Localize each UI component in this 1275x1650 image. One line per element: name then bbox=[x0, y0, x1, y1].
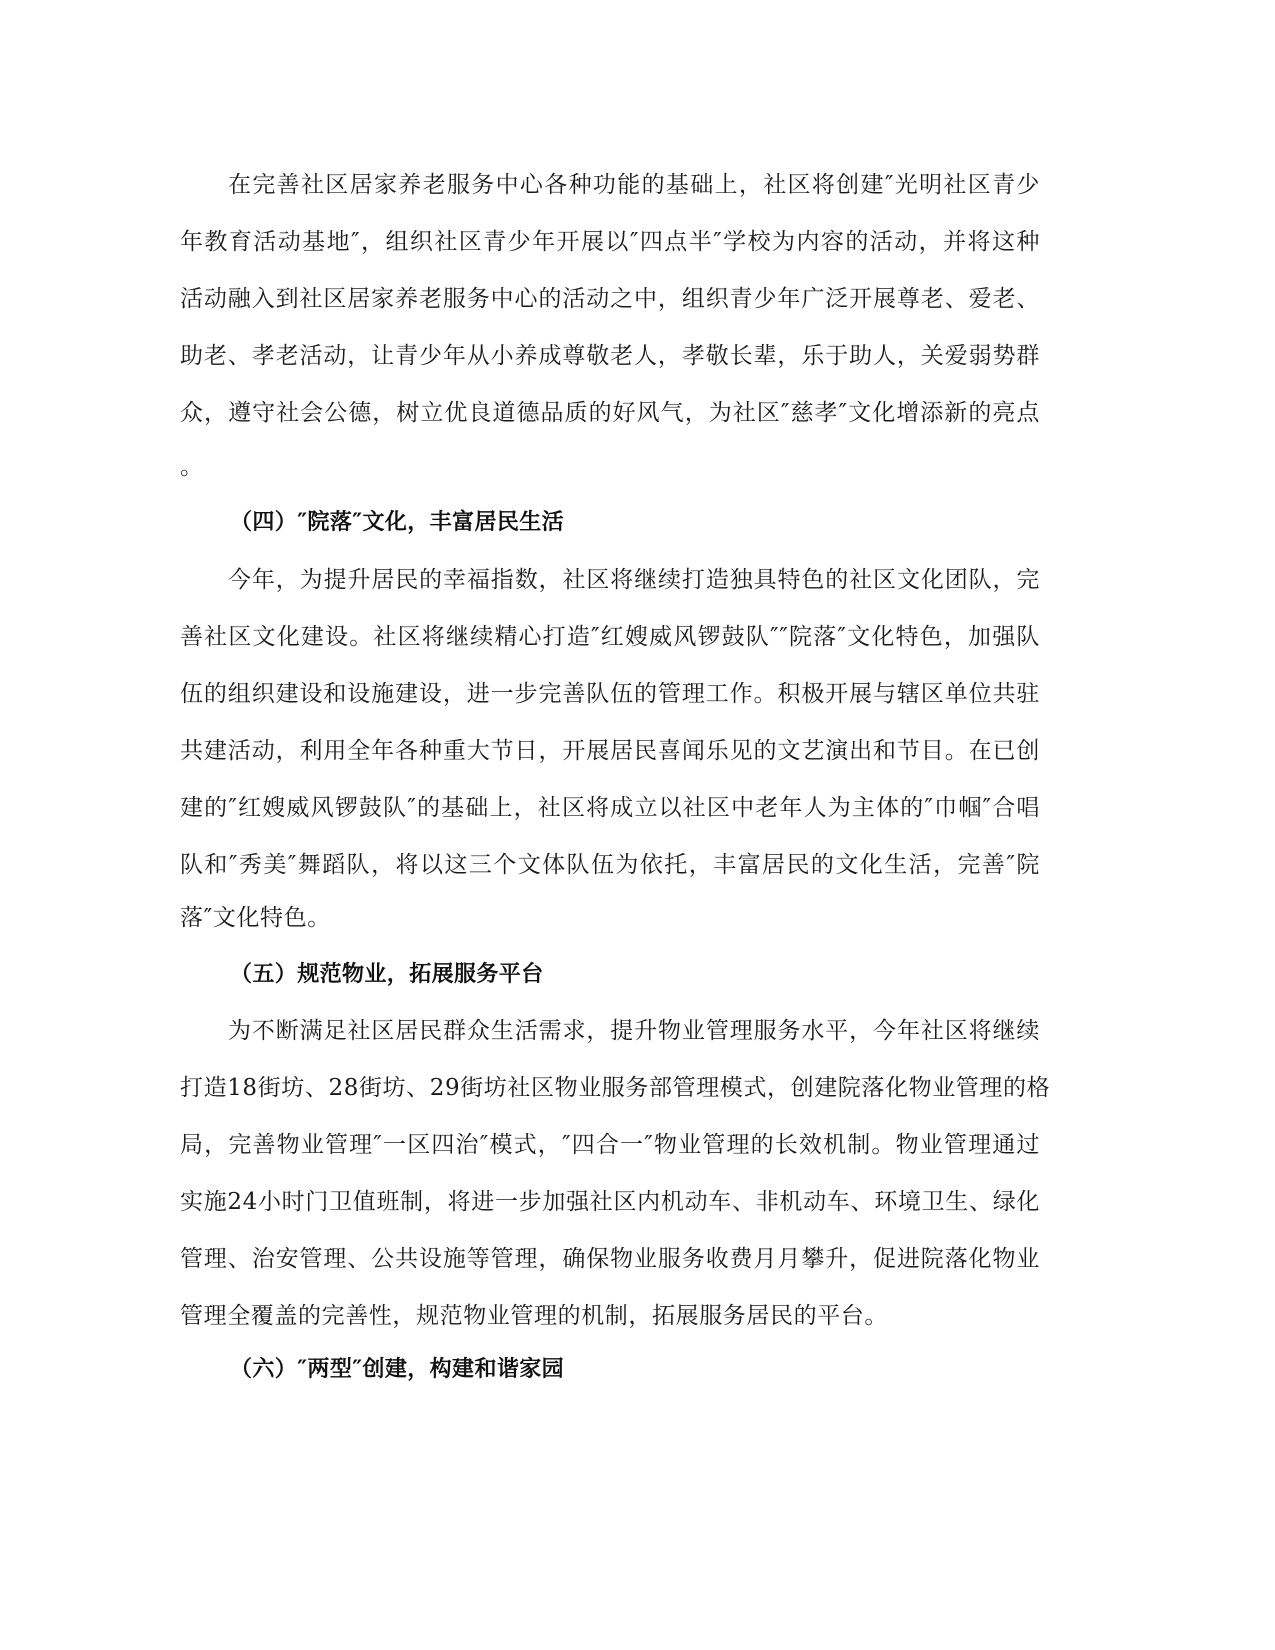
text-line: 共建活动，利用全年各种重大节日，开展居民喜闻乐见的文艺演出和节目。在已创 bbox=[180, 736, 1040, 766]
text-line: 活动融入到社区居家养老服务中心的活动之中，组织青少年广泛开展尊老、爱老、 bbox=[180, 284, 1040, 314]
text-line: 善社区文化建设。社区将继续精心打造″红嫂威风锣鼓队″″院落″文化特色，加强队 bbox=[180, 622, 1040, 652]
text-line: 伍的组织建设和设施建设，进一步完善队伍的管理工作。积极开展与辖区单位共驻 bbox=[180, 679, 1040, 709]
section-heading-courtyard-culture: （四）″院落″文化，丰富居民生活 bbox=[230, 508, 564, 538]
text-line: 局，完善物业管理″一区四治″模式，″四合一″物业管理的长效机制。物业管理通过 bbox=[180, 1130, 1040, 1160]
section-heading-two-type-creation: （六）″两型″创建，构建和谐家园 bbox=[230, 1355, 564, 1385]
text-line: 年教育活动基地″，组织社区青少年开展以″四点半″学校为内容的活动，并将这种 bbox=[180, 227, 1040, 257]
text-line: 建的″红嫂威风锣鼓队″的基础上，社区将成立以社区中老年人为主体的″巾帼″合唱 bbox=[180, 793, 1040, 823]
text-line: 打造18街坊、28街坊、29街坊社区物业服务部管理模式，创建院落化物业管理的格 bbox=[180, 1073, 1040, 1103]
text-line: 众，遵守社会公德，树立优良道德品质的好风气，为社区″慈孝″文化增添新的亮点 bbox=[180, 398, 1040, 428]
text-line: 管理全覆盖的完善性，规范物业管理的机制，拓展服务居民的平台。 bbox=[180, 1301, 1040, 1331]
text-line: 助老、孝老活动，让青少年从小养成尊敬老人，孝敬长辈，乐于助人，关爱弱势群 bbox=[180, 341, 1040, 371]
text-line: 实施24小时门卫值班制，将进一步加强社区内机动车、非机动车、环境卫生、绿化 bbox=[180, 1187, 1040, 1217]
text-line: 。 bbox=[180, 452, 1040, 482]
text-line: 今年，为提升居民的幸福指数，社区将继续打造独具特色的社区文化团队，完 bbox=[228, 565, 1040, 595]
text-line: 管理、治安管理、公共设施等管理，确保物业服务收费月月攀升，促进院落化物业 bbox=[180, 1244, 1040, 1274]
text-line: 落″文化特色。 bbox=[180, 903, 1040, 933]
document-page: 在完善社区居家养老服务中心各种功能的基础上，社区将创建″光明社区青少 年教育活动… bbox=[0, 0, 1275, 1650]
text-line: 队和″秀美″舞蹈队，将以这三个文体队伍为依托，丰富居民的文化生活，完善″院 bbox=[180, 850, 1040, 880]
text-line: 为不断满足社区居民群众生活需求，提升物业管理服务水平，今年社区将继续 bbox=[228, 1016, 1040, 1046]
section-heading-property-management: （五）规范物业，拓展服务平台 bbox=[230, 960, 544, 990]
text-line: 在完善社区居家养老服务中心各种功能的基础上，社区将创建″光明社区青少 bbox=[228, 170, 1040, 200]
